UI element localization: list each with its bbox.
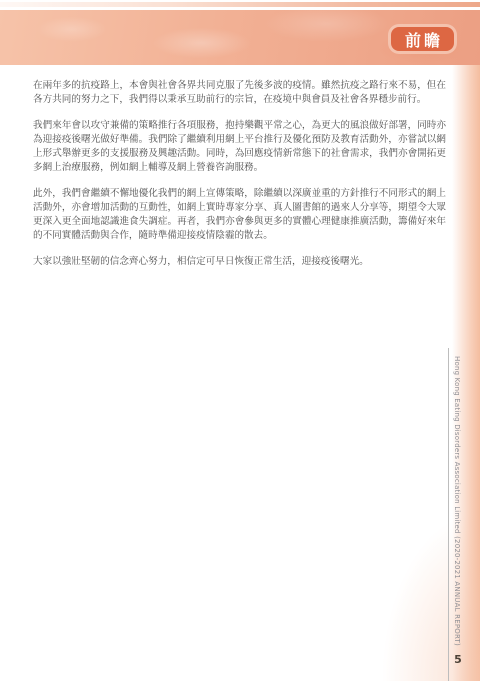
top-accent-strip — [0, 2, 480, 7]
paragraph: 此外，我們會繼續不懈地優化我們的網上宣傳策略，除繼續以深廣並重的方針推行不同形式… — [33, 187, 446, 243]
page-number: 5 — [451, 653, 465, 666]
body-text: 在兩年多的抗疫路上，本會與社會各界共同克服了先後多波的疫情。雖然抗疫之路行來不易… — [33, 79, 446, 281]
sidebar-org-title: Hong Kong Eating Disorders Association L… — [453, 356, 461, 646]
paragraph: 在兩年多的抗疫路上，本會與社會各界共同克服了先後多波的疫情。雖然抗疫之路行來不易… — [33, 79, 446, 107]
paragraph: 大家以強壯堅韌的信念齊心努力，相信定可早日恢復正常生活，迎接疫後曙光。 — [33, 255, 446, 269]
paragraph: 我們來年會以攻守兼備的策略推行各項服務，抱持樂觀平常之心，為更大的風浪做好部署，… — [33, 119, 446, 175]
sidebar-divider — [448, 348, 449, 681]
section-title-badge: 前瞻 — [391, 27, 454, 51]
report-page: 前瞻 在兩年多的抗疫路上，本會與社會各界共同克服了先後多波的疫情。雖然抗疫之路行… — [0, 0, 480, 681]
